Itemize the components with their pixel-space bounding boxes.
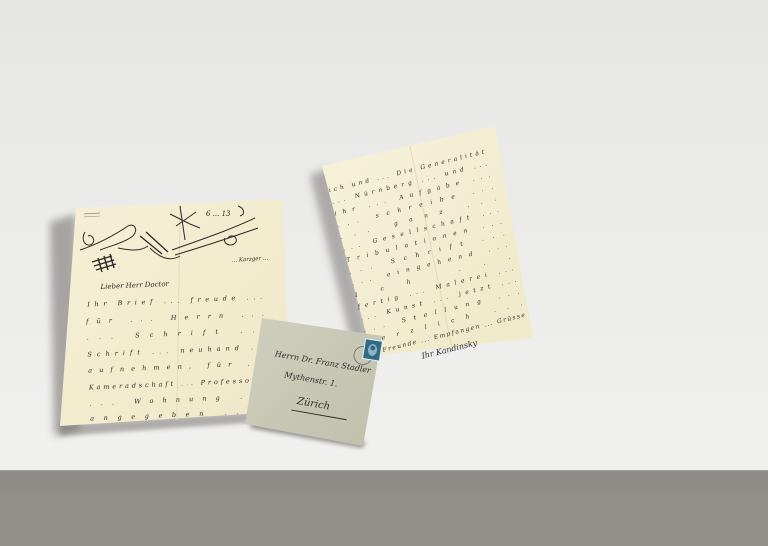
letter-left-date: 6 ... 13 [206, 210, 231, 218]
photo-scene: 6 ... 13 ... Karzger ... Lieber Herr Doc… [0, 0, 768, 546]
envelope: Herrn Dr. Franz Stadler Mythenstr. 1. Zü… [245, 318, 382, 446]
objects-layer: 6 ... 13 ... Karzger ... Lieber Herr Doc… [0, 0, 768, 546]
